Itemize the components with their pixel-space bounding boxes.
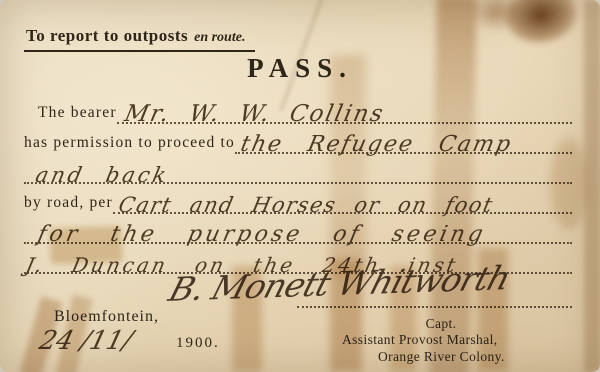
header-note-italic: en route. <box>194 30 245 45</box>
date-handwritten: 24 /11/ <box>36 326 135 356</box>
dotted-line: and back <box>24 152 572 184</box>
issue-column: Bloemfontein, 24 /11/ 1900. <box>54 308 220 365</box>
dotted-line: Mr. W. W. Collins <box>117 92 572 124</box>
date-row: 24 /11/ 1900. <box>54 326 220 356</box>
officer-region: Orange River Colony. <box>342 349 560 365</box>
dotted-line: for the purpose of seeing <box>24 212 572 244</box>
dotted-line: the Refugee Camp <box>235 122 572 154</box>
and-back-line: and back <box>24 154 572 184</box>
officer-title: Assistant Provost Marshal, <box>342 332 560 348</box>
destination-label: has permission to proceed to <box>24 134 235 154</box>
destination-line: has permission to proceed to the Refugee… <box>24 124 572 154</box>
officer-column: Capt. Assistant Provost Marshal, Orange … <box>342 316 560 365</box>
place-name: Bloemfontein, <box>54 308 220 326</box>
transport-label: by road, per <box>24 194 113 214</box>
header-note-text: To report to outposts <box>26 26 188 45</box>
dotted-line: Cart and Horses or on foot <box>113 182 572 214</box>
pass-document: To report to outpostsen route. PASS. The… <box>0 0 600 372</box>
bearer-line: The bearer Mr. W. W. Collins <box>24 94 572 124</box>
stain-top-right-2 <box>470 0 522 32</box>
transport-line: by road, per Cart and Horses or on foot <box>24 184 572 214</box>
pass-body: The bearer Mr. W. W. Collins has permiss… <box>24 94 572 274</box>
issue-footer: Bloemfontein, 24 /11/ 1900. Capt. Assist… <box>24 308 572 365</box>
pass-title: PASS. <box>0 53 600 84</box>
officer-rank: Capt. <box>332 316 550 332</box>
year-printed: 1900. <box>176 335 220 352</box>
purpose-line: for the purpose of seeing <box>24 214 572 244</box>
bearer-label: The bearer <box>38 104 117 124</box>
stain-top-right <box>500 0 581 49</box>
header-note: To report to outpostsen route. <box>24 26 255 52</box>
